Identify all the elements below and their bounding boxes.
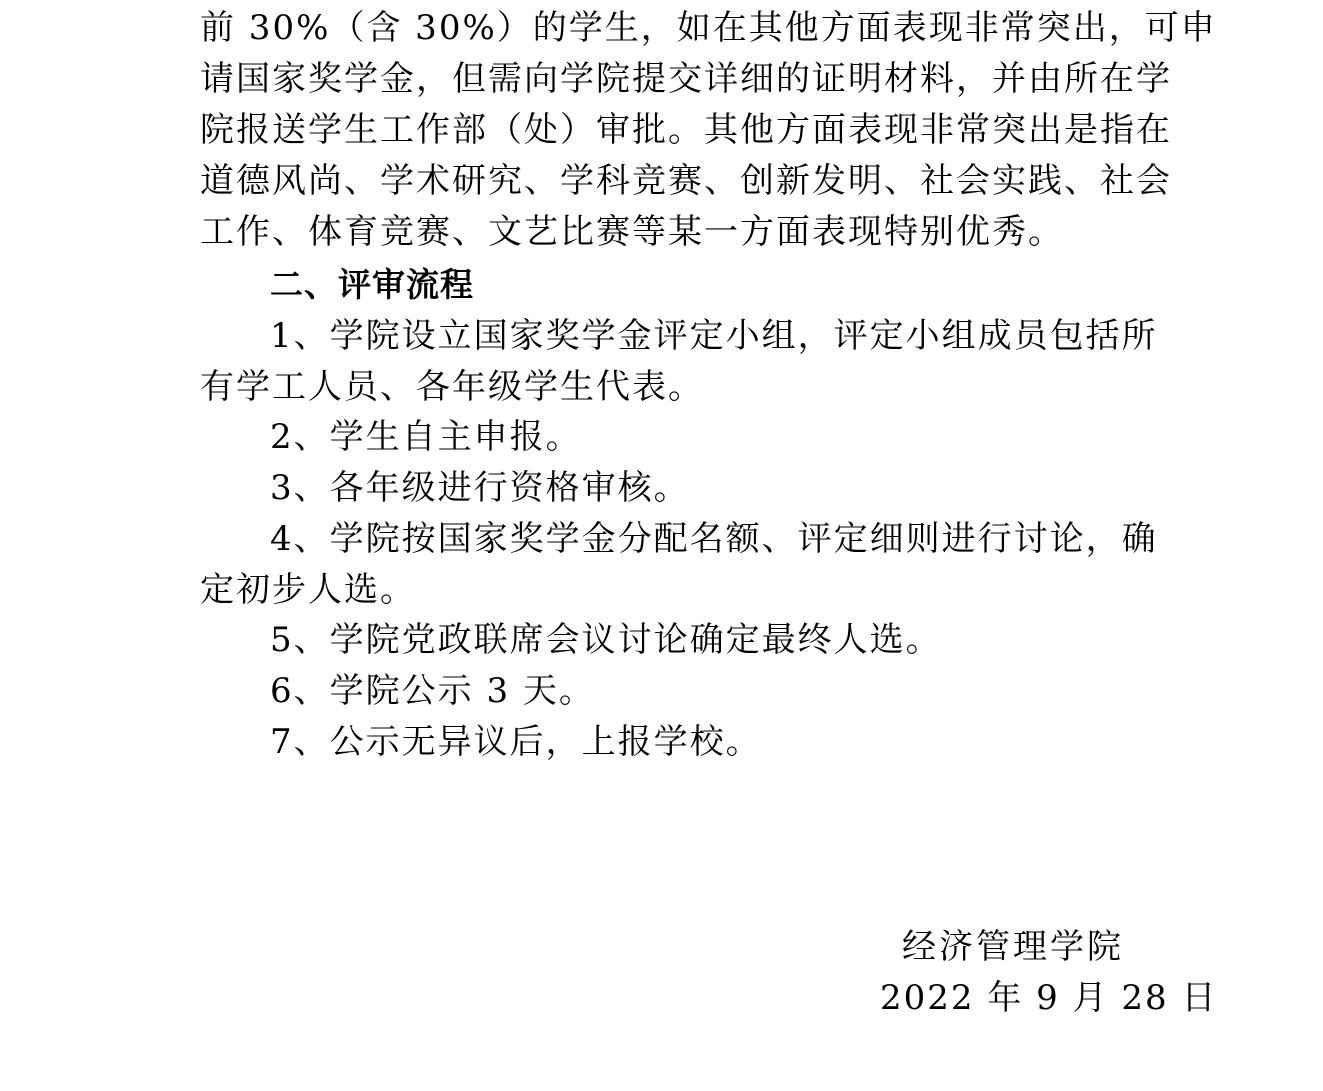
step-item-5: 5、学院党政联席会议讨论确定最终人选。 bbox=[270, 615, 942, 666]
step-item-3: 3、各年级进行资格审核。 bbox=[270, 463, 690, 514]
step-item-1: 1、学院设立国家奖学金评定小组，评定小组成员包括所 bbox=[270, 311, 1153, 362]
paragraph-line: 道德风尚、学术研究、学科竞赛、创新发明、社会实践、社会 bbox=[200, 156, 1153, 207]
paragraph-line: 工作、体育竞赛、文艺比赛等某一方面表现特别优秀。 bbox=[200, 207, 1064, 258]
step-item-4: 4、学院按国家奖学金分配名额、评定细则进行讨论，确 bbox=[270, 514, 1153, 565]
step-item-7: 7、公示无异议后，上报学校。 bbox=[270, 717, 762, 768]
step-item-6: 6、学院公示 3 天。 bbox=[270, 666, 595, 717]
section-heading: 二、评审流程 bbox=[270, 259, 474, 310]
step-item-2: 2、学生自主申报。 bbox=[270, 412, 582, 463]
paragraph-line: 院报送学生工作部（处）审批。其他方面表现非常突出是指在 bbox=[200, 105, 1153, 156]
paragraph-line: 请国家奖学金，但需向学院提交详细的证明材料，并由所在学 bbox=[200, 54, 1153, 105]
step-item-1-continuation: 有学工人员、各年级学生代表。 bbox=[200, 362, 704, 413]
signature-date: 2022 年 9 月 28 日 bbox=[880, 973, 1217, 1024]
signature-organization: 经济管理学院 bbox=[902, 922, 1124, 973]
paragraph-line: 前 30%（含 30%）的学生，如在其他方面表现非常突出，可申 bbox=[200, 3, 1153, 54]
step-item-4-continuation: 定初步人选。 bbox=[200, 565, 416, 616]
